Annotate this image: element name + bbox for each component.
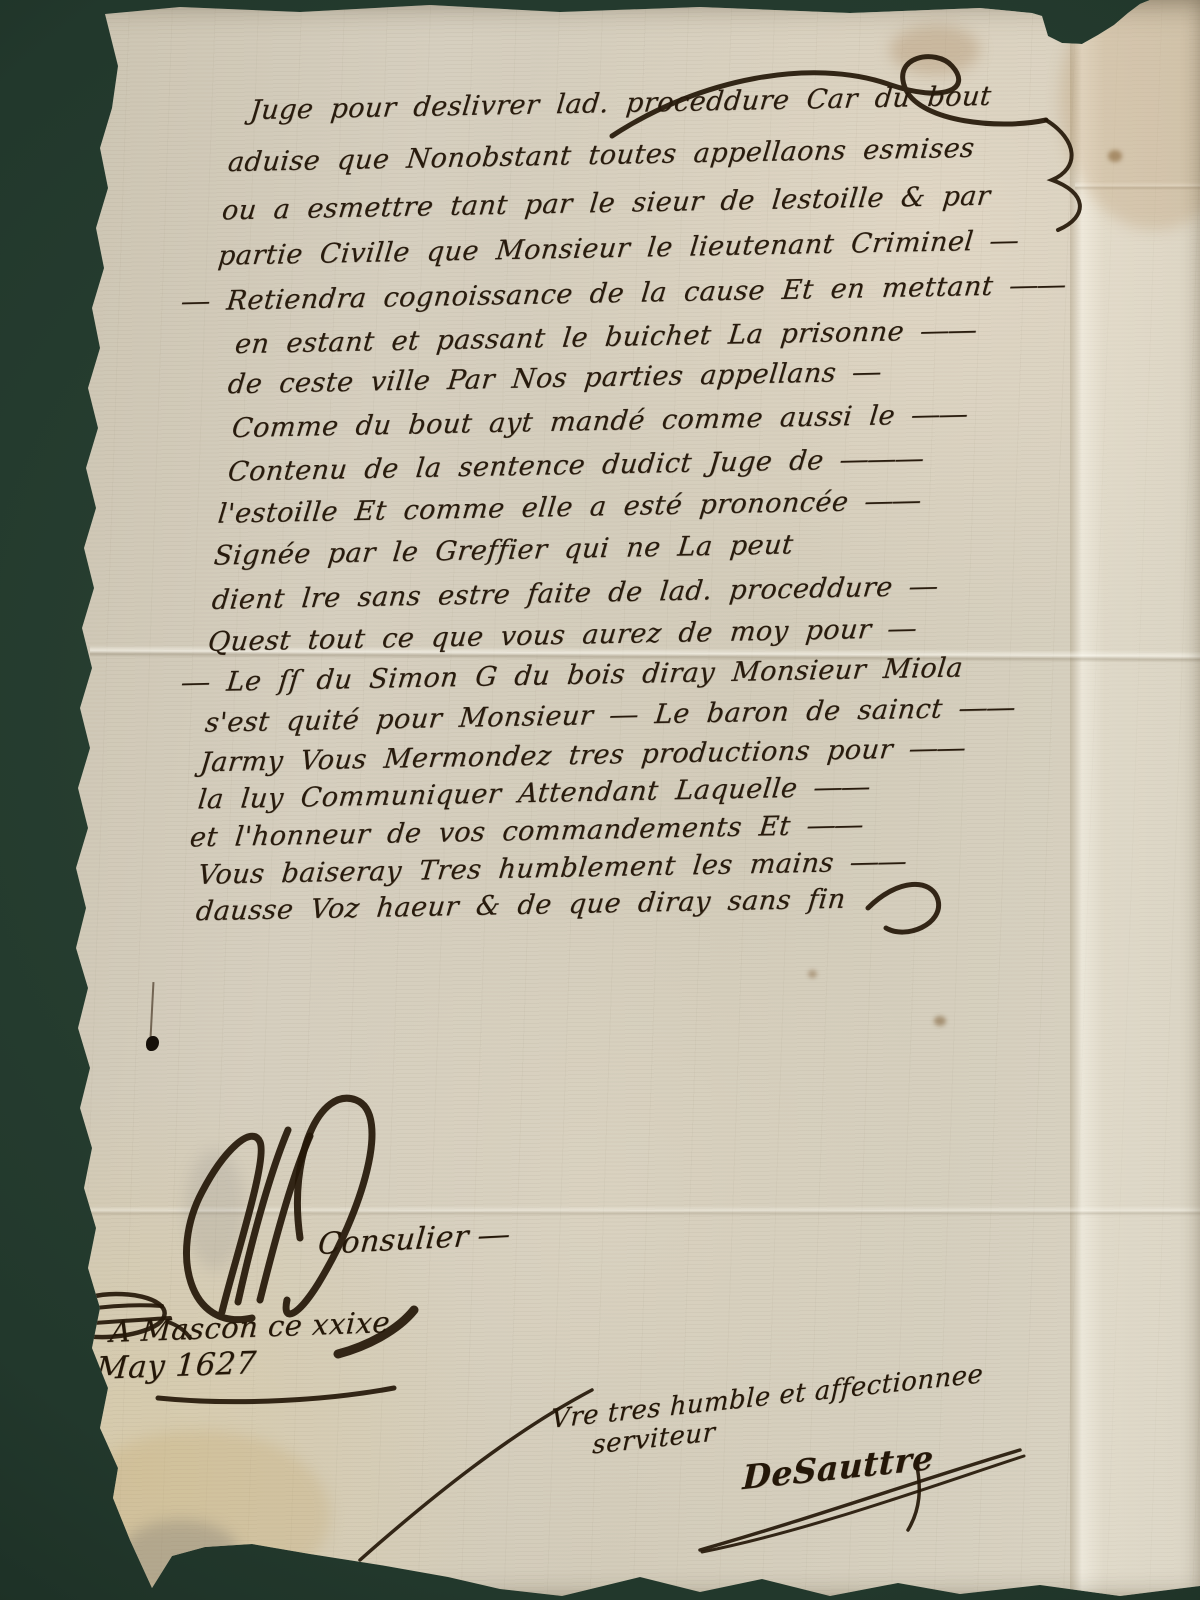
stain [808,970,817,978]
manuscript-line: ou a esmettre tant par le sieur de lesto… [220,181,992,227]
paraph-flourish-icon [260,1136,310,1300]
date-line: May 1627 [95,1345,258,1387]
right-bracket-flourish-icon [1046,120,1080,230]
stain [1060,0,1200,230]
horizontal-crease [60,1206,1200,1216]
stain [934,1016,946,1026]
manuscript-page: Juge pour deslivrer lad. proceddure Car … [0,0,1200,1600]
photo-background: Juge pour deslivrer lad. proceddure Car … [0,0,1200,1600]
horizontal-crease [1075,182,1200,190]
place-date-line: A Mascon ce xxixe [109,1305,391,1349]
manuscript-line: Comme du bout ayt mandé comme aussi le ―… [230,399,968,444]
monogram-flourish-icon [40,1314,74,1332]
paraph-word: Consulier ― [317,1217,511,1262]
stain [70,1430,330,1600]
manuscript-line: Contenu de la sentence dudict Juge de ――… [226,443,924,487]
stain [1108,150,1122,162]
manuscript-line: dient lre sans estre faite de lad. proce… [210,571,938,616]
manuscript-line: en estant et passant le buichet La priso… [233,315,977,360]
manuscript-line: Signée par le Greffier qui ne La peut [212,529,795,571]
manuscript-line: Quest tout ce que vous aurez de moy pour… [206,613,917,658]
closing-line: Vre tres humble et affectionnee [551,1359,984,1435]
manuscript-line: l'estoille Et comme elle a esté prononcé… [216,485,922,530]
manuscript-line: ― Retiendra cognoissance de la cause Et … [180,269,1066,317]
manuscript-line: aduise que Nonobstant toutes appellaons … [226,133,976,178]
manuscript-line: et l'honneur de vos commandements Et ―― [188,810,864,854]
date-underline-stroke [158,1388,394,1402]
manuscript-line: s'est quité pour Monsieur ― Le baron de … [203,692,1016,739]
ink-hairline [150,982,155,1038]
paraph-flourish-icon [187,1136,262,1319]
manuscript-line: ― Le ſſ du Simon G du bois diray Monsieu… [180,652,964,698]
manuscript-line: dausse Voz haeur & de que diray sans fin [194,884,847,928]
manuscript-line: de ceste ville Par Nos parties appellans… [226,357,882,401]
stain [890,25,980,75]
ink-blot [146,1036,159,1051]
paraph-flourish-icon [286,1098,372,1314]
stain [185,1150,245,1270]
manuscript-line: Juge pour deslivrer lad. proceddure Car … [248,81,992,126]
manuscript-line: la luy Communiquer Attendant Laquelle ―― [196,772,871,816]
fold-highlight [1070,0,1200,1600]
paraph-flourish-icon [238,1130,288,1302]
manuscript-line: partie Civille que Monsieur le lieutenan… [216,225,1019,271]
stain [120,1520,240,1590]
end-flourish-icon [868,884,939,932]
signature: DeSauttre [742,1438,935,1497]
